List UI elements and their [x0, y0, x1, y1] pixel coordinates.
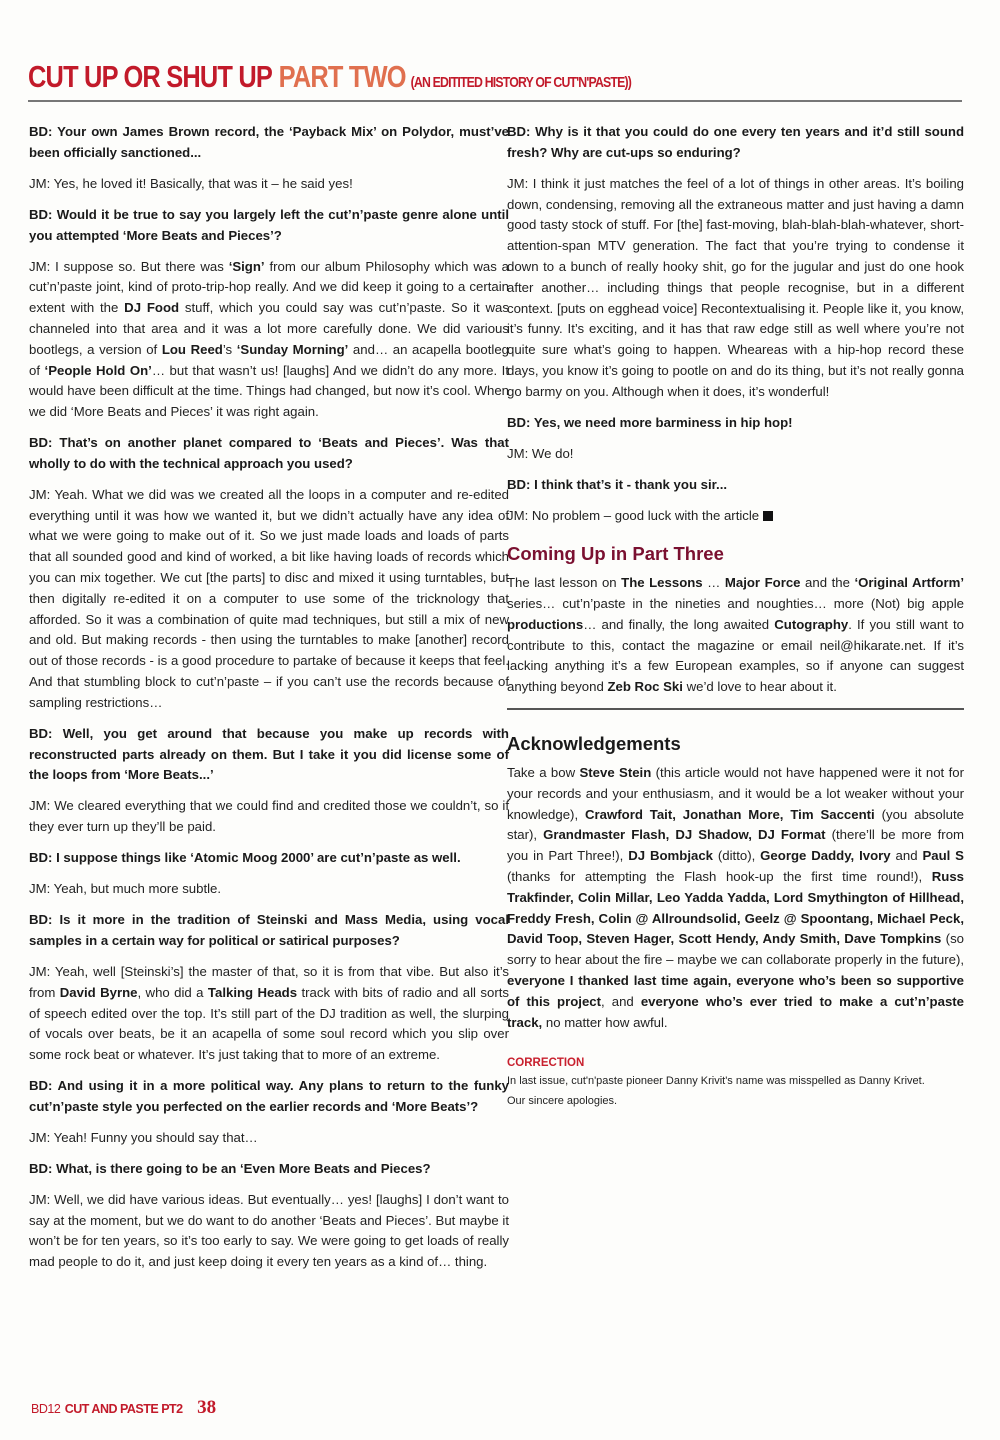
correction-line-1: In last issue, cut'n'paste pioneer Danny…: [507, 1071, 964, 1091]
interview-question: BD: I suppose things like ‘Atomic Moog 2…: [29, 848, 509, 869]
interview-question: BD: That’s on another planet compared to…: [29, 433, 509, 475]
interview-answer: JM: Yeah! Funny you should say that…: [29, 1128, 509, 1149]
interview-question: BD: Why is it that you could do one ever…: [507, 122, 964, 164]
interview-answer: JM: I suppose so. But there was ‘Sign’ f…: [29, 257, 509, 423]
interview-question: BD: Yes, we need more barminess in hip h…: [507, 413, 964, 434]
acknowledgements-heading: Acknowledgements: [507, 734, 964, 755]
interview-answer: JM: Yes, he loved it! Basically, that wa…: [29, 174, 509, 195]
page-number: 38: [197, 1397, 216, 1418]
coming-up-heading: Coming Up in Part Three: [507, 544, 964, 565]
correction-title: CORRECTION: [507, 1055, 964, 1071]
section-divider: [507, 708, 964, 710]
right-column: BD: Why is it that you could do one ever…: [507, 122, 964, 1111]
left-column: BD: Your own James Brown record, the ‘Pa…: [29, 122, 509, 1283]
interview-answer: JM: Yeah. What we did was we created all…: [29, 485, 509, 714]
footer-issue: BD12: [31, 1402, 60, 1416]
interview-answer: JM: We do!: [507, 444, 964, 465]
title-subtitle: (AN EDITITED HISTORY OF CUT'N'PASTE)): [411, 74, 631, 91]
interview-question: BD: Is it more in the tradition of Stein…: [29, 910, 509, 952]
interview-question: BD: And using it in a more political way…: [29, 1076, 509, 1118]
interview-question: BD: Would it be true to say you largely …: [29, 205, 509, 247]
title-part: PART TWO: [279, 59, 406, 94]
footer-section-title: CUT AND PASTE PT2: [65, 1402, 183, 1416]
interview-answer: JM: We cleared everything that we could …: [29, 796, 509, 838]
acknowledgements-text: Take a bow Steve Stein (this article wou…: [507, 763, 964, 1033]
interview-question: BD: What, is there going to be an ‘Even …: [29, 1159, 509, 1180]
interview-answer: JM: No problem – good luck with the arti…: [507, 506, 964, 527]
page-header: CUT UP OR SHUT UPPART TWO(AN EDITITED HI…: [28, 62, 962, 102]
interview-answer: JM: I think it just matches the feel of …: [507, 174, 964, 403]
interview-answer: JM: Yeah, well [Steinski’s] the master o…: [29, 962, 509, 1066]
interview-question: BD: I think that’s it - thank you sir...: [507, 475, 964, 496]
header-divider: [28, 100, 962, 102]
interview-continued: BD: Why is it that you could do one ever…: [507, 122, 964, 526]
interview-answer: JM: Yeah, but much more subtle.: [29, 879, 509, 900]
title-main: CUT UP OR SHUT UP: [28, 59, 272, 94]
end-mark-icon: [763, 511, 773, 521]
interview-question: BD: Well, you get around that because yo…: [29, 724, 509, 786]
correction-box: CORRECTION In last issue, cut'n'paste pi…: [507, 1055, 964, 1111]
coming-up-text: The last lesson on The Lessons … Major F…: [507, 573, 964, 698]
correction-line-2: Our sincere apologies.: [507, 1091, 964, 1111]
interview-question: BD: Your own James Brown record, the ‘Pa…: [29, 122, 509, 164]
article-title: CUT UP OR SHUT UPPART TWO(AN EDITITED HI…: [28, 62, 794, 98]
page-footer: BD12 CUT AND PASTE PT2 38: [31, 1397, 216, 1419]
interview-answer: JM: Well, we did have various ideas. But…: [29, 1190, 509, 1273]
